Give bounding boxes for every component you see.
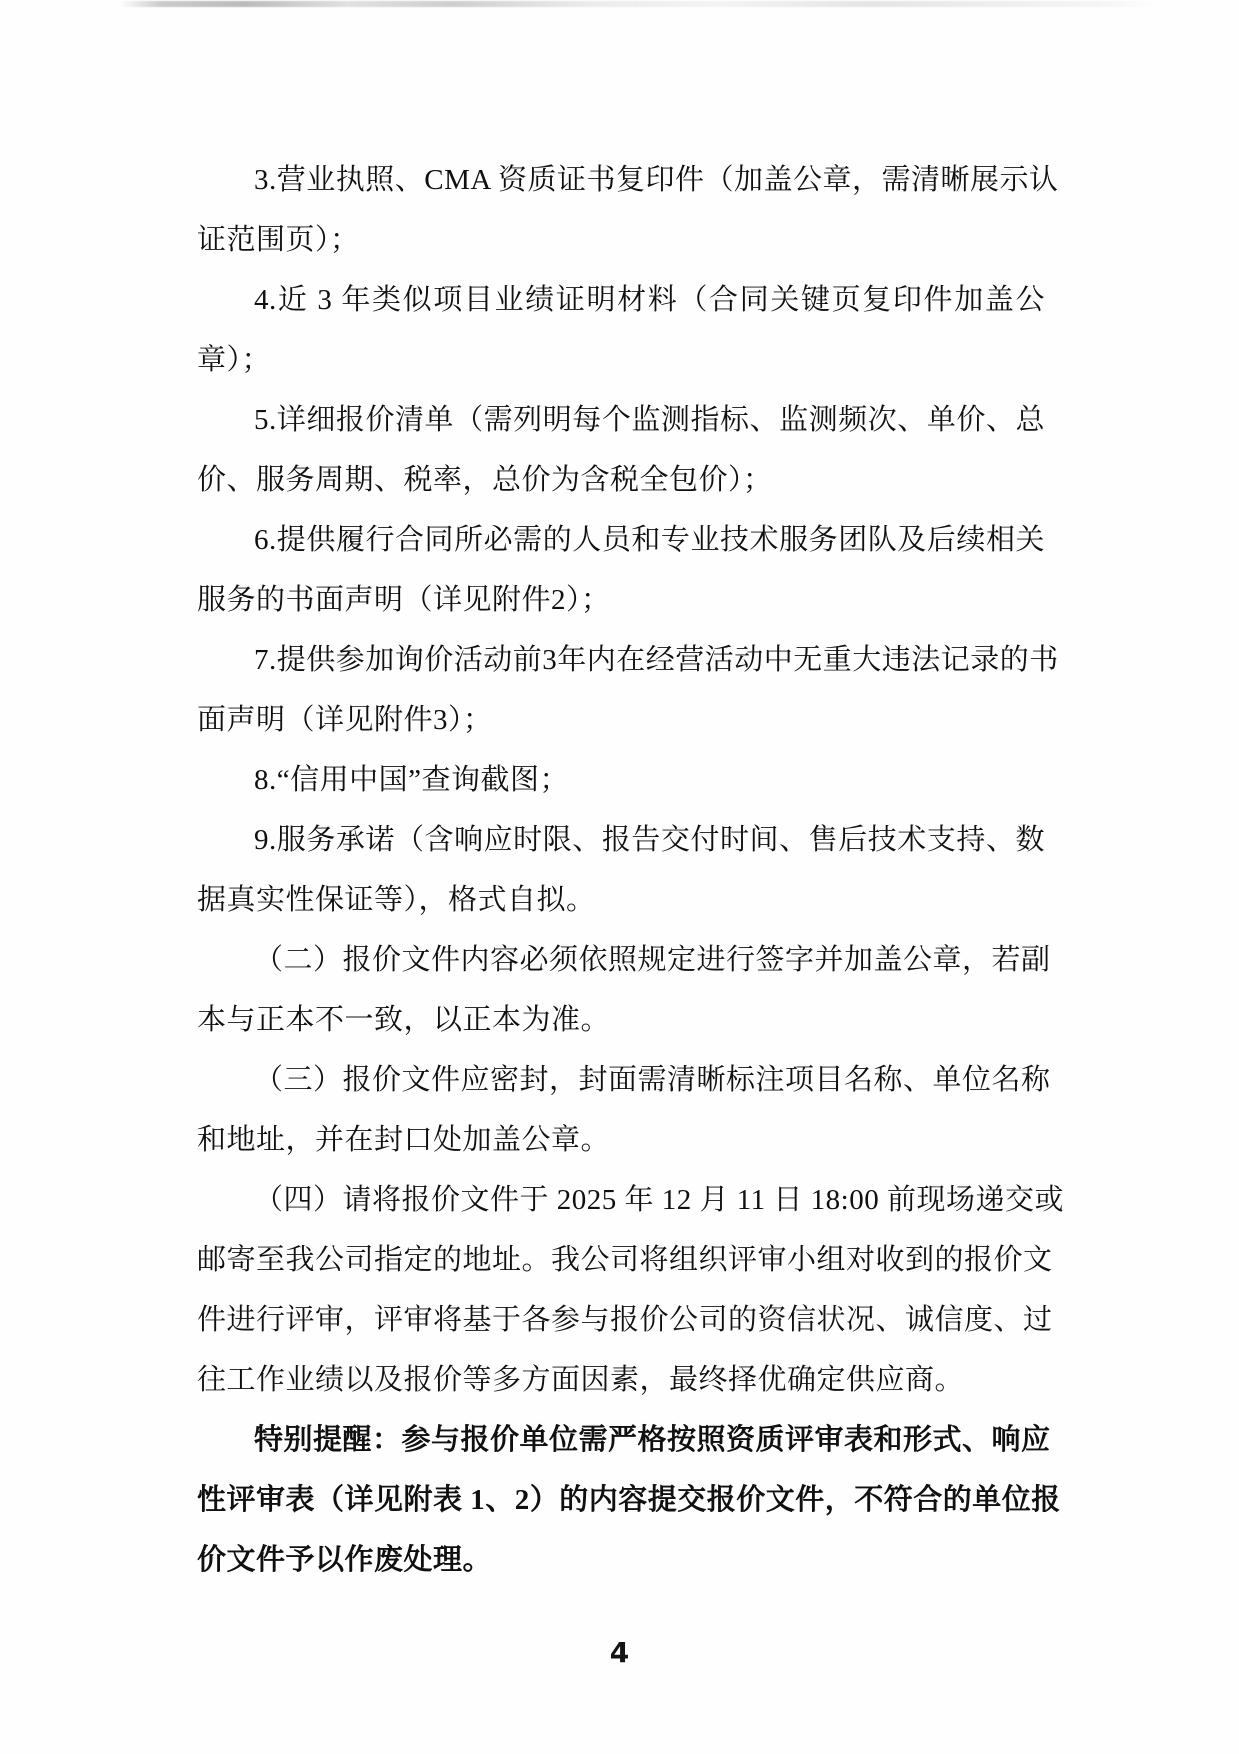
text-line: 证范围页）； bbox=[197, 210, 1045, 270]
text-line: （四）请将报价文件于 2025 年 12 月 11 日 18:00 前现场递交或 bbox=[197, 1170, 1045, 1230]
text-line: 3.营业执照、CMA 资质证书复印件（加盖公章，需清晰展示认 bbox=[197, 150, 1045, 210]
text-line: （三）报价文件应密封，封面需清晰标注项目名称、单位名称 bbox=[197, 1050, 1045, 1110]
text-line: 邮寄至我公司指定的地址。我公司将组织评审小组对收到的报价文 bbox=[197, 1230, 1045, 1290]
text-line: （二）报价文件内容必须依照规定进行签字并加盖公章，若副 bbox=[197, 930, 1045, 990]
text-line: 4.近 3 年类似项目业绩证明材料（合同关键页复印件加盖公 bbox=[197, 270, 1045, 330]
text-line: 价、服务周期、税率，总价为含税全包价）； bbox=[197, 450, 1045, 510]
document-page: 3.营业执照、CMA 资质证书复印件（加盖公章，需清晰展示认证范围页）；4.近 … bbox=[0, 0, 1239, 1754]
text-line: 特别提醒：参与报价单位需严格按照资质评审表和形式、响应 bbox=[197, 1410, 1045, 1470]
text-line: 面声明（详见附件3）； bbox=[197, 690, 1045, 750]
text-line: 件进行评审，评审将基于各参与报价公司的资信状况、诚信度、过 bbox=[197, 1290, 1045, 1350]
text-line: 5.详细报价清单（需列明每个监测指标、监测频次、单价、总 bbox=[197, 390, 1045, 450]
text-line: 6.提供履行合同所必需的人员和专业技术服务团队及后续相关 bbox=[197, 510, 1045, 570]
text-line: 章）； bbox=[197, 330, 1045, 390]
text-line: 本与正本不一致，以正本为准。 bbox=[197, 990, 1045, 1050]
page-number: 4 bbox=[0, 1636, 1239, 1669]
text-line: 8.“信用中国”查询截图； bbox=[197, 750, 1045, 810]
document-body: 3.营业执照、CMA 资质证书复印件（加盖公章，需清晰展示认证范围页）；4.近 … bbox=[197, 150, 1045, 1590]
text-line: 7.提供参加询价活动前3年内在经营活动中无重大违法记录的书 bbox=[197, 630, 1045, 690]
text-line: 服务的书面声明（详见附件2）； bbox=[197, 570, 1045, 630]
text-line: 性评审表（详见附表 1、2）的内容提交报价文件，不符合的单位报 bbox=[197, 1470, 1045, 1530]
text-line: 9.服务承诺（含响应时限、报告交付时间、售后技术支持、数 bbox=[197, 810, 1045, 870]
text-line: 据真实性保证等），格式自拟。 bbox=[197, 870, 1045, 930]
scan-artifact bbox=[120, 1, 1160, 7]
text-line: 价文件予以作废处理。 bbox=[197, 1530, 1045, 1590]
text-line: 和地址，并在封口处加盖公章。 bbox=[197, 1110, 1045, 1170]
text-line: 往工作业绩以及报价等多方面因素，最终择优确定供应商。 bbox=[197, 1350, 1045, 1410]
